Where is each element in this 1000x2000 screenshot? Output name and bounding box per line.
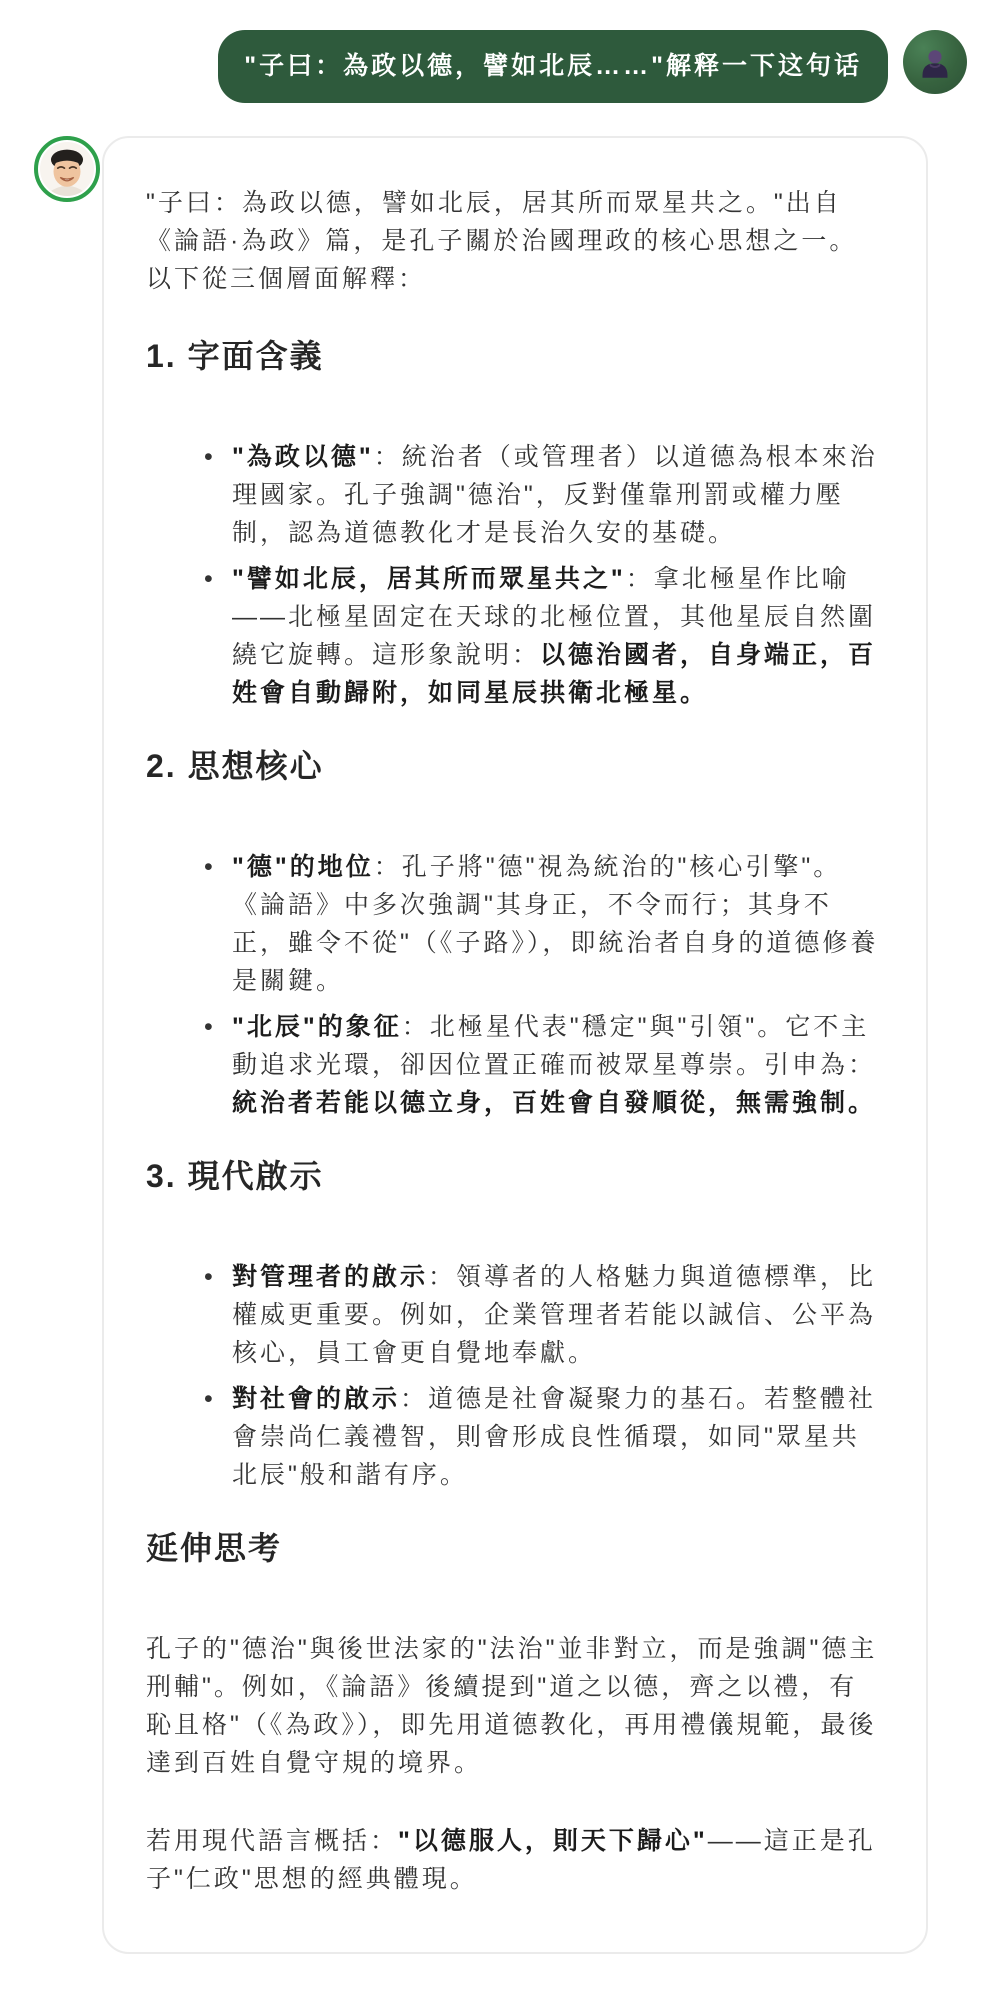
bullet-lead: "北辰"的象征	[232, 1013, 402, 1041]
list-item: 對管理者的啟示：領導者的人格魅力與道德標準，比權威更重要。例如，企業管理者若能以…	[146, 1258, 884, 1372]
face-photo-avatar-icon	[40, 142, 94, 196]
extension-paragraph: 孔子的"德治"與後世法家的"法治"並非對立，而是強調"德主刑輔"。例如，《論語》…	[146, 1630, 884, 1782]
section-list-core-thought: "德"的地位：孔子將"德"視為統治的"核心引擎"。《論語》中多次強調"其身正，不…	[146, 848, 884, 1122]
assistant-avatar	[34, 136, 100, 202]
list-item: 對社會的啟示：道德是社會凝聚力的基石。若整體社會崇尚仁義禮智，則會形成良性循環，…	[146, 1380, 884, 1494]
section-heading-core-thought: 2. 思想核心	[146, 748, 884, 784]
bullet-lead: "譬如北辰，居其所而眾星共之"	[232, 565, 626, 593]
section-heading-modern-insight: 3. 現代啟示	[146, 1158, 884, 1194]
assistant-response-card: "子曰：為政以德，譬如北辰，居其所而眾星共之。"出自《論語·為政》篇，是孔子關於…	[102, 136, 928, 1954]
intro-paragraph: "子曰：為政以德，譬如北辰，居其所而眾星共之。"出自《論語·為政》篇，是孔子關於…	[146, 184, 884, 298]
list-item: "為政以德"：統治者（或管理者）以道德為根本來治理國家。孔子強調"德治"，反對僅…	[146, 438, 884, 552]
list-item: "北辰"的象征：北極星代表"穩定"與"引領"。它不主動追求光環，卻因位置正確而被…	[146, 1008, 884, 1122]
bullet-lead: 對管理者的啟示	[232, 1263, 428, 1291]
list-item: "德"的地位：孔子將"德"視為統治的"核心引擎"。《論語》中多次強調"其身正，不…	[146, 848, 884, 1000]
bullet-bold-tail: 統治者若能以德立身，百姓會自發順從，無需強制。	[232, 1089, 876, 1117]
bullet-lead: "為政以德"	[232, 443, 374, 471]
person-icon	[914, 41, 956, 83]
conclusion-lead: 若用現代語言概括：	[146, 1827, 398, 1855]
conclusion-bold: "以德服人，則天下歸心"	[398, 1827, 708, 1855]
section-list-literal-meaning: "為政以德"：統治者（或管理者）以道德為根本來治理國家。孔子強調"德治"，反對僅…	[146, 438, 884, 712]
section-list-modern-insight: 對管理者的啟示：領導者的人格魅力與道德標準，比權威更重要。例如，企業管理者若能以…	[146, 1258, 884, 1494]
conclusion-paragraph: 若用現代語言概括："以德服人，則天下歸心"——這正是孔子"仁政"思想的經典體現。	[146, 1822, 884, 1898]
user-message-row: "子曰：為政以德，譬如北辰……"解释一下这句话	[0, 0, 1000, 103]
section-heading-extended-thinking: 延伸思考	[146, 1530, 884, 1566]
assistant-message-row: "子曰：為政以德，譬如北辰，居其所而眾星共之。"出自《論語·為政》篇，是孔子關於…	[0, 103, 1000, 1954]
user-avatar	[903, 30, 967, 94]
bullet-lead: "德"的地位	[232, 853, 374, 881]
user-message-bubble: "子曰：為政以德，譬如北辰……"解释一下这句话	[218, 30, 888, 103]
bullet-lead: 對社會的啟示	[232, 1385, 400, 1413]
list-item: "譬如北辰，居其所而眾星共之"：拿北極星作比喻——北極星固定在天球的北極位置，其…	[146, 560, 884, 712]
section-heading-literal-meaning: 1. 字面含義	[146, 338, 884, 374]
